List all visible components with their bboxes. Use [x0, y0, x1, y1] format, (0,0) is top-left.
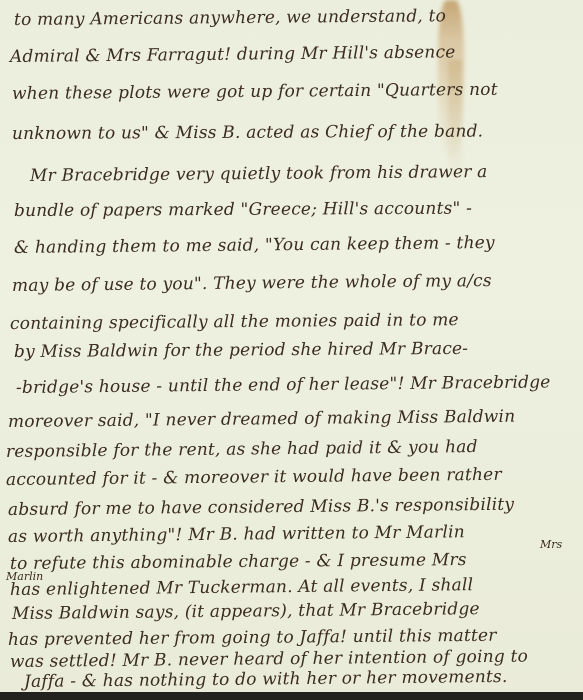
text-line-12: moreover said, "I never dreamed of makin… — [8, 407, 515, 432]
text-line-15: absurd for me to have considered Miss B.… — [8, 495, 514, 520]
text-line-20: has prevented her from going to Jaffa! u… — [8, 626, 497, 650]
scan-bottom-edge — [0, 692, 583, 700]
text-line-13: responsible for the rent, as she had pai… — [6, 437, 478, 462]
text-line-3: when these plots were got up for certain… — [12, 80, 498, 104]
manuscript-page: to many Americans anywhere, we understan… — [0, 0, 583, 692]
text-line-5: Mr Bracebridge very quietly took from hi… — [30, 162, 488, 186]
text-line-1: to many Americans anywhere, we understan… — [14, 6, 446, 30]
insertion-mrs: Mrs — [540, 538, 562, 551]
text-line-11: -bridge's house - until the end of her l… — [16, 372, 551, 398]
text-line-4: unknown to us" & Miss B. acted as Chief … — [12, 122, 483, 144]
text-line-16: as worth anything"! Mr B. had written to… — [8, 522, 465, 547]
text-line-14: accounted for it - & moreover it would h… — [6, 465, 502, 490]
text-line-22: Jaffa - & has nothing to do with her or … — [24, 667, 508, 692]
insertion-marlin: Marlin — [6, 570, 43, 583]
text-line-18: has enlightened Mr Tuckerman. At all eve… — [10, 575, 473, 600]
text-line-10: by Miss Baldwin for the period she hired… — [14, 339, 468, 362]
text-line-19: Miss Baldwin says, (it appears), that Mr… — [12, 599, 480, 624]
text-line-17: to refute this abominable charge - & I p… — [10, 550, 467, 574]
text-line-2: Admiral & Mrs Farragut! during Mr Hill's… — [10, 42, 456, 67]
text-line-9: containing specifically all the monies p… — [10, 310, 459, 334]
text-line-6: bundle of papers marked "Greece; Hill's … — [14, 199, 472, 221]
text-line-8: may be of use to you". They were the who… — [12, 271, 492, 296]
text-line-7: & handing them to me said, "You can keep… — [14, 233, 495, 258]
